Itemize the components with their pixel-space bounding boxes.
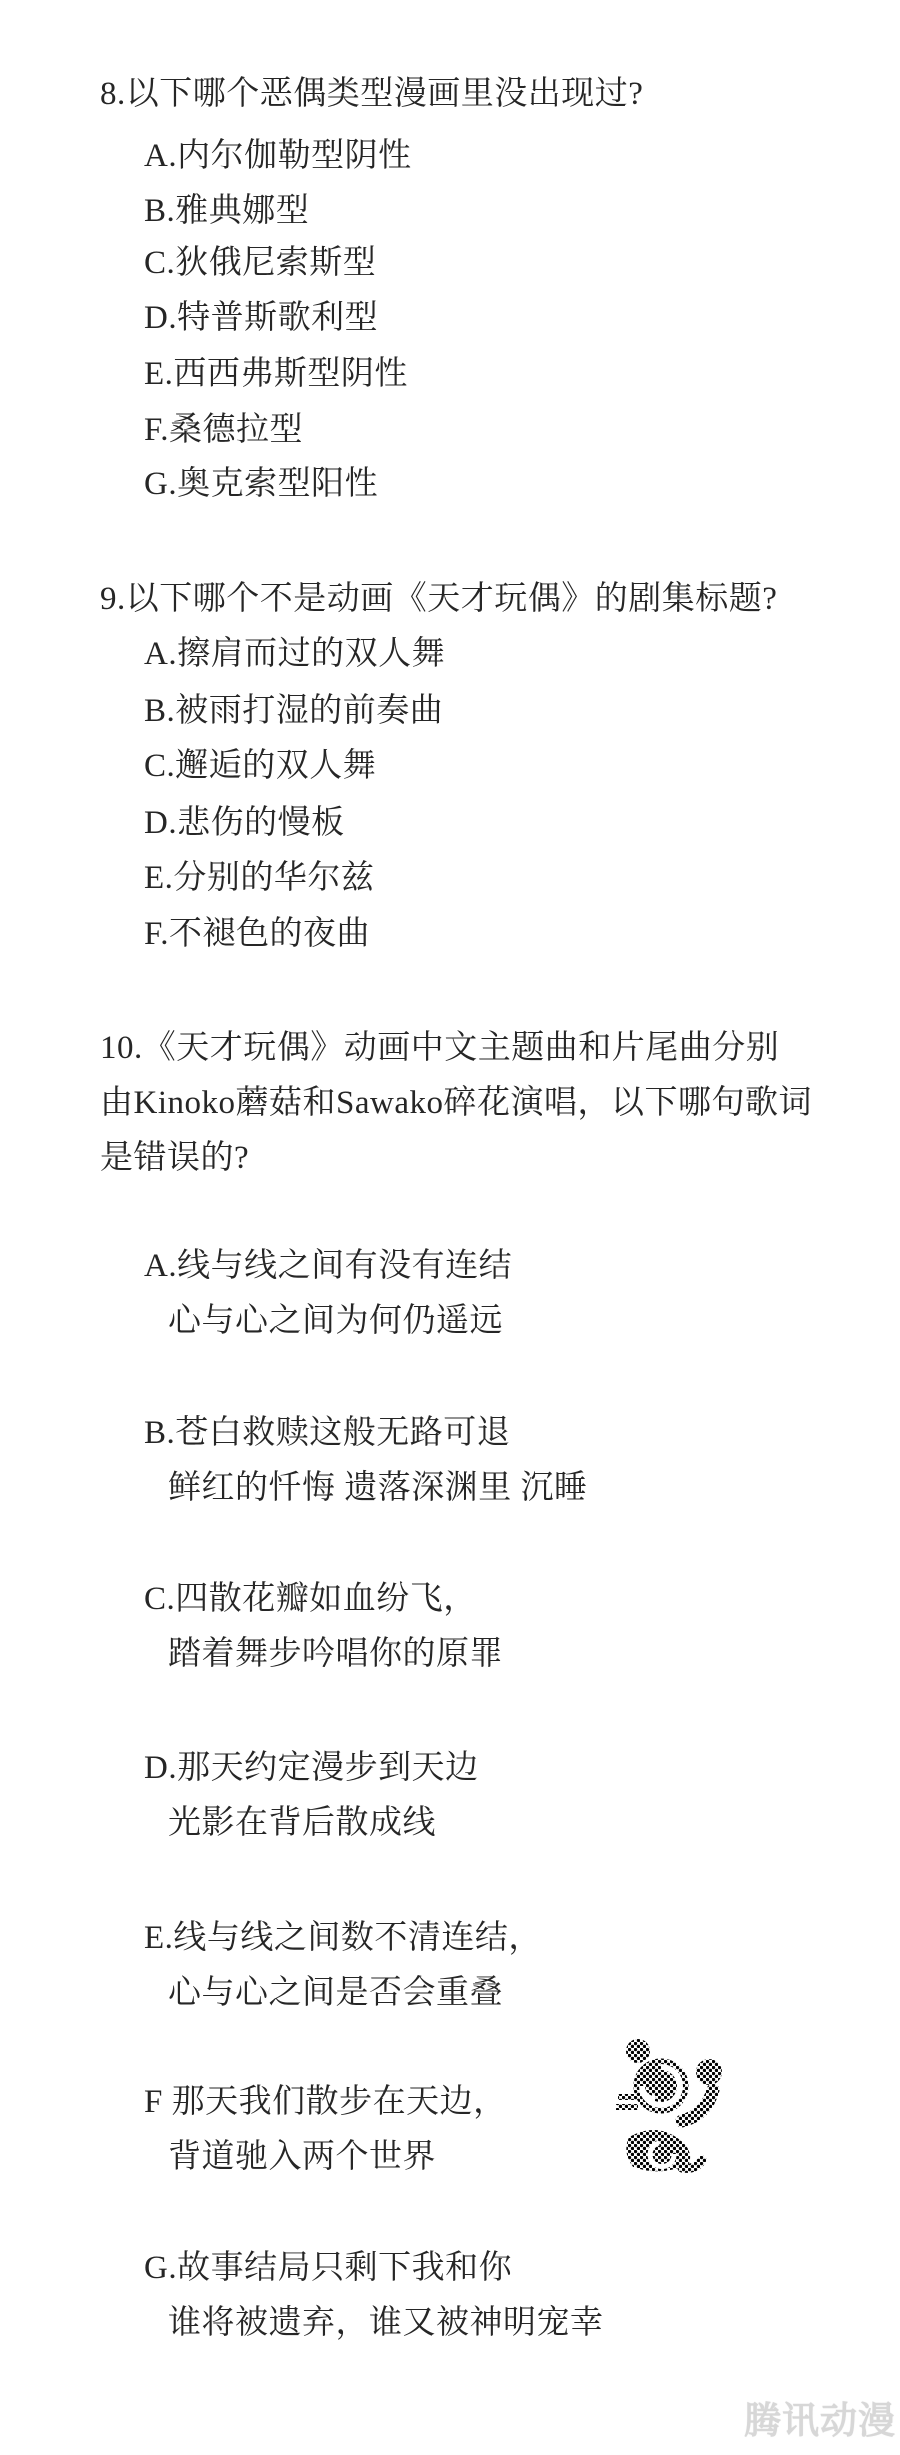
question-10-option-g-line-1: G.故事结局只剩下我和你 xyxy=(144,2252,512,2285)
question-9-option-c: C.邂逅的双人舞 xyxy=(144,750,376,783)
question-9-option-f: F.不褪色的夜曲 xyxy=(144,918,370,951)
question-10-option-f-line-2: 背道驰入两个世界 xyxy=(168,2141,436,2174)
question-10-option-b-line-2: 鲜红的忏悔 遗落深渊里 沉睡 xyxy=(168,1472,588,1505)
question-10-title-line-2: 由Kinoko蘑菇和Sawako碎花演唱，以下哪句歌词 xyxy=(100,1087,812,1120)
question-10-option-d-line-1: D.那天约定漫步到天边 xyxy=(144,1752,479,1785)
question-10-option-e-line-1: E.线与线之间数不清连结， xyxy=(144,1922,542,1955)
question-10-option-d-line-2: 光影在背后散成线 xyxy=(168,1807,436,1840)
question-9-option-e: E.分别的华尔兹 xyxy=(144,862,374,895)
question-10-title-line-1: 10.《天才玩偶》动画中文主题曲和片尾曲分别 xyxy=(100,1032,779,1065)
question-9-option-a: A.擦肩而过的双人舞 xyxy=(144,638,445,671)
question-10-option-f-line-1: F 那天我们散步在天边， xyxy=(144,2086,507,2119)
quiz-page: 8.以下哪个恶偶类型漫画里没出现过? A.内尔伽勒型阴性 B.雅典娜型 C.狄俄… xyxy=(0,0,900,2455)
question-8-option-a: A.内尔伽勒型阴性 xyxy=(144,140,412,173)
question-10-option-a-line-1: A.线与线之间有没有连结 xyxy=(144,1250,512,1283)
question-9-option-d: D.悲伤的慢板 xyxy=(144,807,345,840)
question-10-option-a-line-2: 心与心之间为何仍遥远 xyxy=(168,1305,503,1338)
question-8-option-e: E.西西弗斯型阴性 xyxy=(144,358,408,391)
question-10-title-line-3: 是错误的? xyxy=(100,1142,249,1175)
question-10-option-b-line-1: B.苍白救赎这般无路可退 xyxy=(144,1417,510,1450)
question-8-option-f: F.桑德拉型 xyxy=(144,414,303,447)
question-9-title: 9.以下哪个不是动画《天才玩偶》的剧集标题? xyxy=(100,583,777,616)
halftone-mascot-icon xyxy=(616,2036,730,2174)
tencent-comics-watermark: 腾讯动漫 xyxy=(744,2402,896,2439)
question-9-option-b: B.被雨打湿的前奏曲 xyxy=(144,695,443,728)
question-10-option-e-line-2: 心与心之间是否会重叠 xyxy=(168,1977,503,2010)
question-8-option-c: C.狄俄尼索斯型 xyxy=(144,247,376,280)
question-10-option-g-line-2: 谁将被遗弃，谁又被神明宠幸 xyxy=(168,2307,604,2340)
question-10-option-c-line-2: 踏着舞步吟唱你的原罪 xyxy=(168,1638,503,1671)
question-8-title: 8.以下哪个恶偶类型漫画里没出现过? xyxy=(100,78,643,111)
question-8-option-b: B.雅典娜型 xyxy=(144,195,309,228)
question-8-option-g: G.奥克索型阳性 xyxy=(144,468,378,501)
question-10-option-c-line-1: C.四散花瓣如血纷飞， xyxy=(144,1583,477,1616)
question-8-option-d: D.特普斯歌利型 xyxy=(144,302,378,335)
